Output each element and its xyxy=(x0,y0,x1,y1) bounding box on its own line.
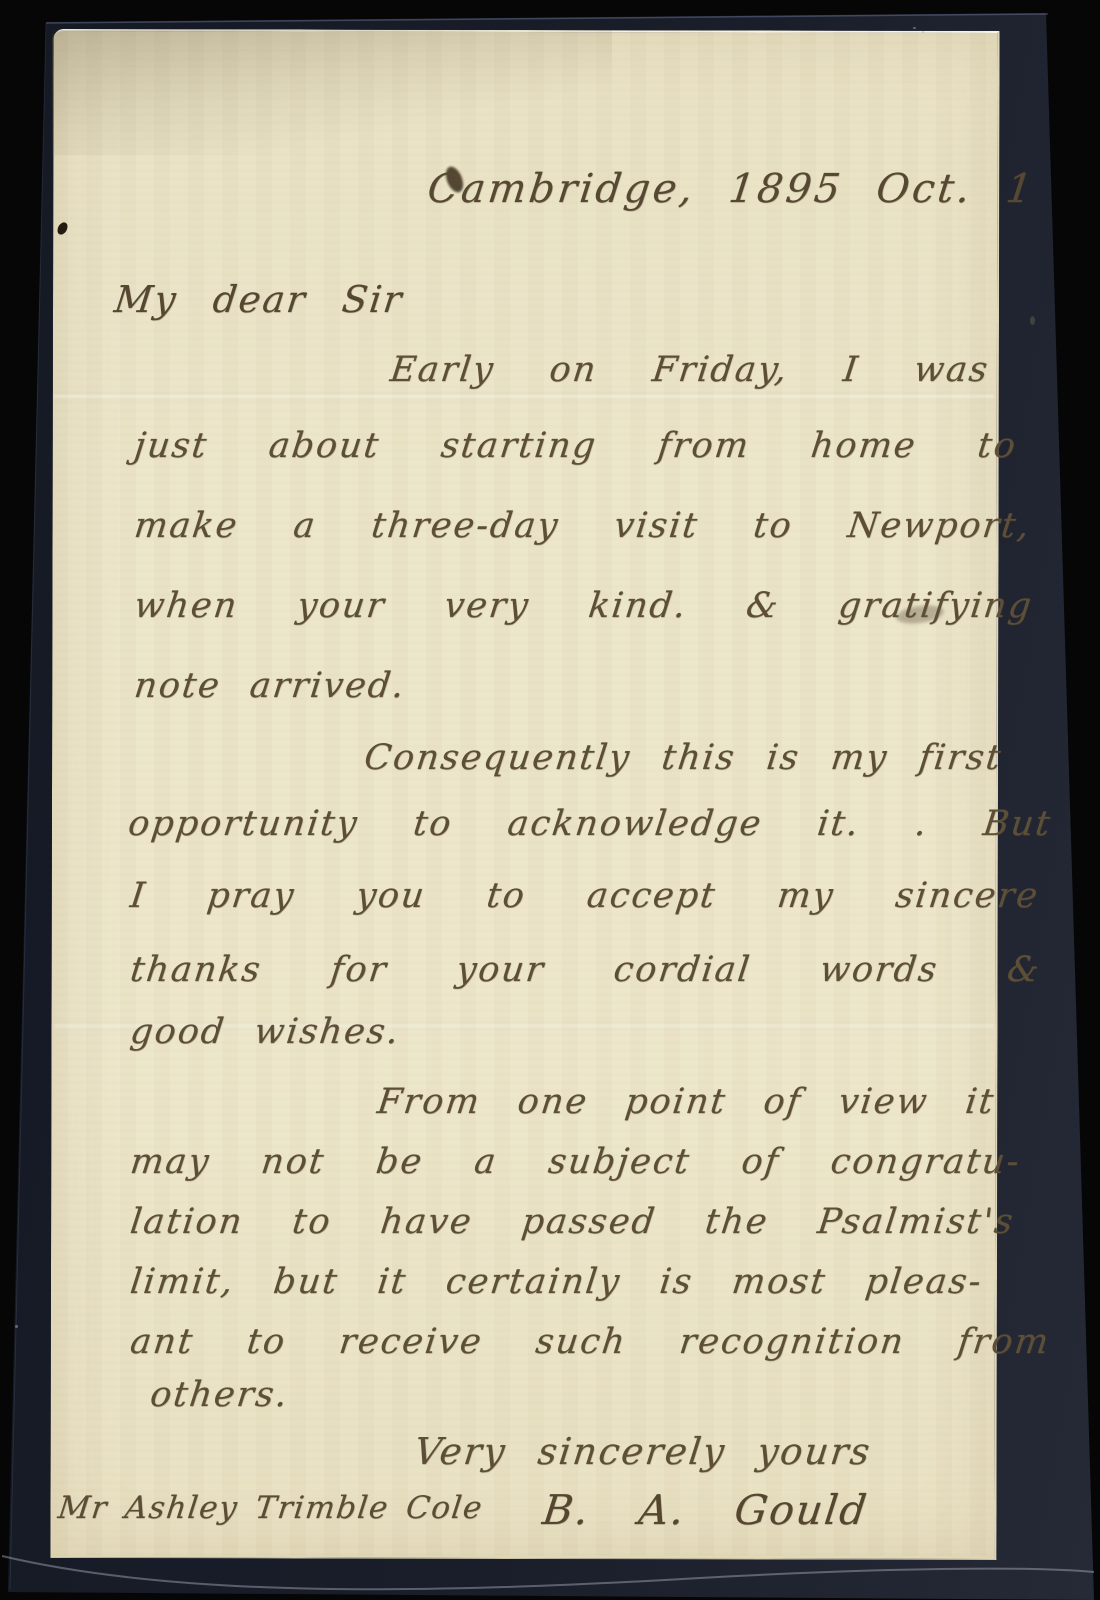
letter-line: ant to receive such recognition from xyxy=(128,1322,1052,1362)
scan-stage: Cambridge, 1895 Oct. 1 My dear Sir Early… xyxy=(0,0,1100,1600)
letter-line: lation to have passed the Psalmist's xyxy=(128,1202,1017,1242)
letter-line: when your very kind. & gratifying xyxy=(132,586,1035,626)
dust-speck xyxy=(15,1325,18,1328)
dateline: Cambridge, 1895 Oct. 1 xyxy=(425,166,1038,212)
letter-line: good wishes. xyxy=(128,1012,402,1052)
addressee-note: Mr Ashley Trimble Cole xyxy=(56,1490,485,1526)
letter-line: thanks for your cordial words & xyxy=(128,950,1043,990)
letter-line: opportunity to acknowledge it. . But xyxy=(126,804,1054,844)
letter-line: just about starting from home to xyxy=(132,426,1019,466)
letter-line: make a three-day visit to Newport, xyxy=(132,506,1033,546)
page-corner-shade xyxy=(52,30,612,155)
dust-speck xyxy=(1030,316,1035,325)
letter-line: limit, but it certainly is most pleas- xyxy=(128,1262,985,1302)
letter-line: others. xyxy=(148,1375,291,1415)
salutation: My dear Sir xyxy=(112,278,406,321)
letter-line: Early on Friday, I was xyxy=(388,350,991,390)
letter-line: may not be a subject of congratu- xyxy=(128,1142,1023,1182)
letter-line: From one point of view it xyxy=(375,1082,997,1122)
dust-speck xyxy=(922,31,924,33)
fold-crease-top xyxy=(54,392,994,400)
closing: Very sincerely yours xyxy=(412,1430,874,1473)
letter-line: note arrived. xyxy=(132,666,408,706)
signature: B. A. Gould xyxy=(540,1486,871,1534)
letter-line: I pray you to accept my sincere xyxy=(128,876,1041,916)
letter-line: Consequently this is my first xyxy=(362,738,1005,778)
dust-speck xyxy=(913,27,916,29)
